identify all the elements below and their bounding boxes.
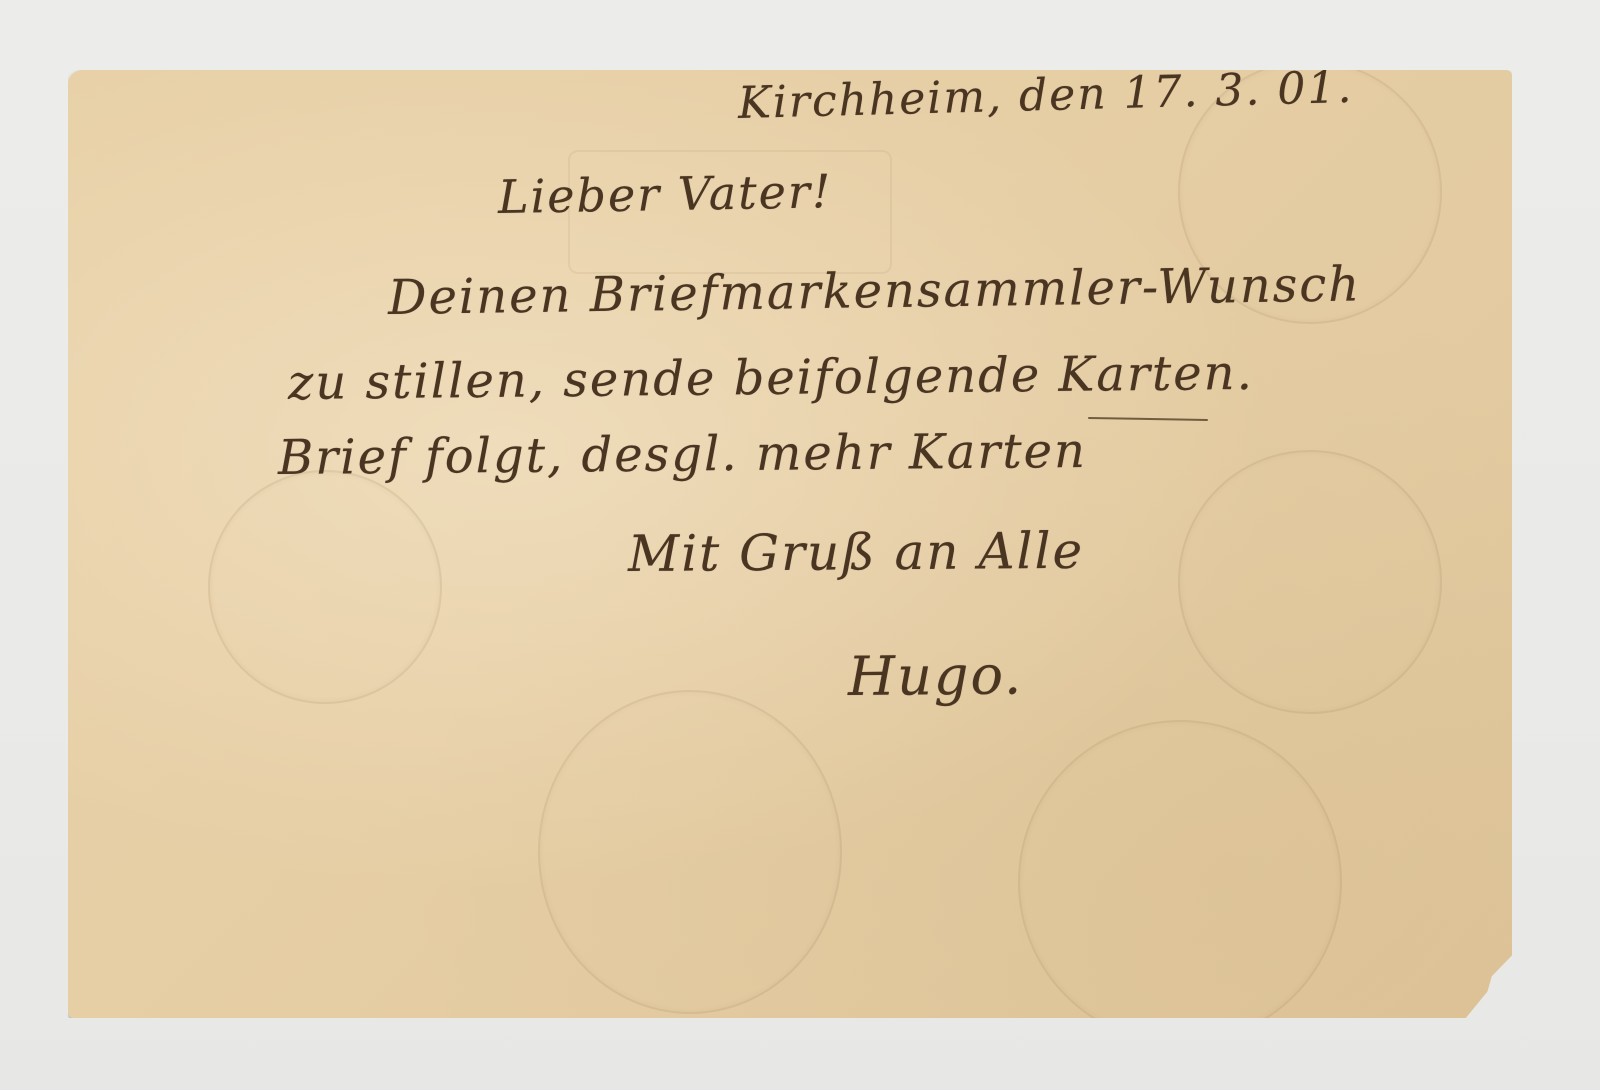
body-line-2: zu stillen, sende beifolgende Karten. <box>288 345 1254 411</box>
postcard: Kirchheim, den 17. 3. 01. Lieber Vater! … <box>68 70 1512 1018</box>
closing: Mit Gruß an Alle <box>628 522 1085 583</box>
place-and-date: Kirchheim, den 17. 3. 01. <box>737 70 1354 129</box>
body-line-3: Brief folgt, desgl. mehr Karten <box>278 423 1087 486</box>
body-line-1: Deinen Briefmarkensammler-Wunsch <box>388 256 1362 326</box>
salutation: Lieber Vater! <box>498 164 833 224</box>
handwritten-letter: Kirchheim, den 17. 3. 01. Lieber Vater! … <box>68 70 1512 1018</box>
signature: Hugo. <box>848 643 1024 708</box>
underline-flourish <box>1088 417 1208 421</box>
